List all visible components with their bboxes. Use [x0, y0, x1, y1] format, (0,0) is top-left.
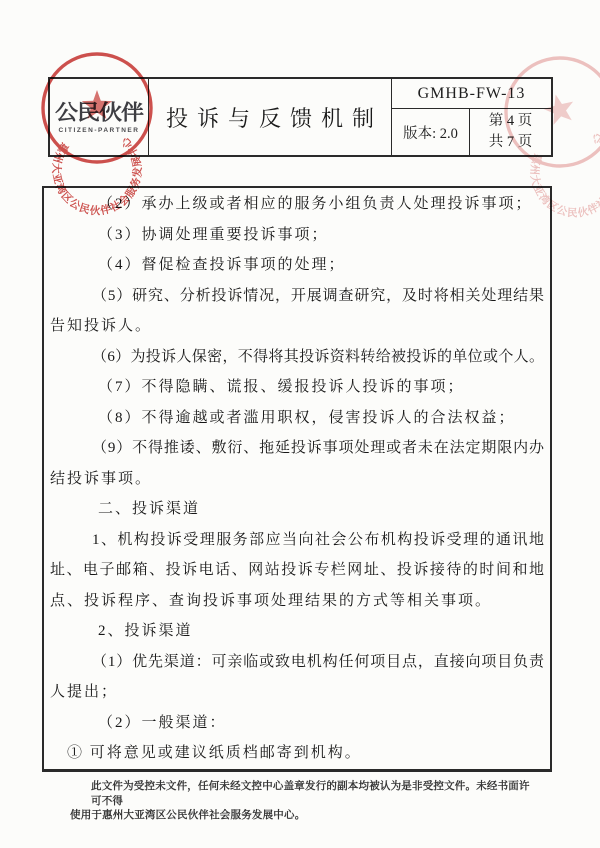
- doc-number: GMHB-FW-13: [392, 79, 551, 109]
- page-indicator: 第 4 页 共 7 页: [470, 109, 551, 155]
- document-body: （2）承办上级或者相应的服务小组负责人处理投诉事项；（3）协调处理重要投诉事项；…: [42, 186, 552, 772]
- body-text-line: 人提出；: [50, 677, 544, 708]
- header-meta: GMHB-FW-13 版本: 2.0 第 4 页 共 7 页: [392, 79, 551, 155]
- logo-cell: 公民伙伴 CITIZEN-PARTNER: [50, 79, 149, 155]
- header-table: 公民伙伴 CITIZEN-PARTNER 投诉与反馈机制 GMHB-FW-13 …: [48, 77, 553, 157]
- org-logo: 公民伙伴: [55, 101, 143, 122]
- footer-line: 此文件为受控未文件，任何未经文控中心盖章发行的副本均被认为是非受控文件。未经书面…: [70, 780, 532, 809]
- body-text-line: （4）督促检查投诉事项的处理；: [50, 250, 544, 281]
- body-text-line: 结投诉事项。: [50, 464, 544, 495]
- body-text-line: （5）研究、分析投诉情况，开展调查研究，及时将相关处理结果: [50, 281, 544, 312]
- body-text-line: （8）不得逾越或者滥用职权，侵害投诉人的合法权益；: [50, 403, 544, 434]
- body-text-line: （3）协调处理重要投诉事项；: [50, 220, 544, 251]
- body-text-line: （9）不得推诿、敷衍、拖延投诉事项处理或者未在法定期限内办: [50, 433, 544, 464]
- page-current: 第 4 页: [489, 111, 533, 132]
- footer-line: 使用于惠州大亚湾区公民伙伴社会服务发展中心。: [70, 809, 532, 824]
- body-text-line: 2、投诉渠道: [50, 616, 544, 647]
- body-text: （2）承办上级或者相应的服务小组负责人处理投诉事项；（3）协调处理重要投诉事项；…: [50, 189, 544, 769]
- body-text-line: （7）不得隐瞒、谎报、缓报投诉人投诉的事项；: [50, 372, 544, 403]
- body-text-line: 1、机构投诉受理服务部应当向社会公布机构投诉受理的通讯地: [50, 525, 544, 556]
- body-text-line: ① 可将意见或建议纸质档邮寄到机构。: [50, 738, 544, 769]
- version-cell: 版本: 2.0: [392, 109, 470, 155]
- header-meta-bottom: 版本: 2.0 第 4 页 共 7 页: [392, 109, 551, 155]
- document-page: 公民伙伴 CITIZEN-PARTNER 投诉与反馈机制 GMHB-FW-13 …: [0, 0, 600, 848]
- body-text-line: （1）优先渠道：可亲临或致电机构任何项目点，直接向项目负责: [50, 647, 544, 678]
- body-text-line: 二、投诉渠道: [50, 494, 544, 525]
- page-total: 共 7 页: [489, 132, 533, 153]
- footer-text: 此文件为受控未文件，任何未经文控中心盖章发行的副本均被认为是非受控文件。未经书面…: [70, 780, 532, 824]
- body-text-line: 址、电子邮箱、投诉电话、网站投诉专栏网址、投诉接待的时间和地: [50, 555, 544, 586]
- footer-note: 此文件为受控未文件，任何未经文控中心盖章发行的副本均被认为是非受控文件。未经书面…: [70, 780, 532, 824]
- body-text-line: （6）为投诉人保密，不得将其投诉资料转给被投诉的单位或个人。: [50, 342, 544, 373]
- document-title: 投诉与反馈机制: [149, 79, 392, 155]
- body-text-line: 告知投诉人。: [50, 311, 544, 342]
- org-logo-subtext: CITIZEN-PARTNER: [59, 127, 140, 134]
- body-text-line: 点、投诉程序、查询投诉事项处理结果的方式等相关事项。: [50, 586, 544, 617]
- body-text-line: （2）一般渠道：: [50, 708, 544, 739]
- body-text-line: （2）承办上级或者相应的服务小组负责人处理投诉事项；: [50, 189, 544, 220]
